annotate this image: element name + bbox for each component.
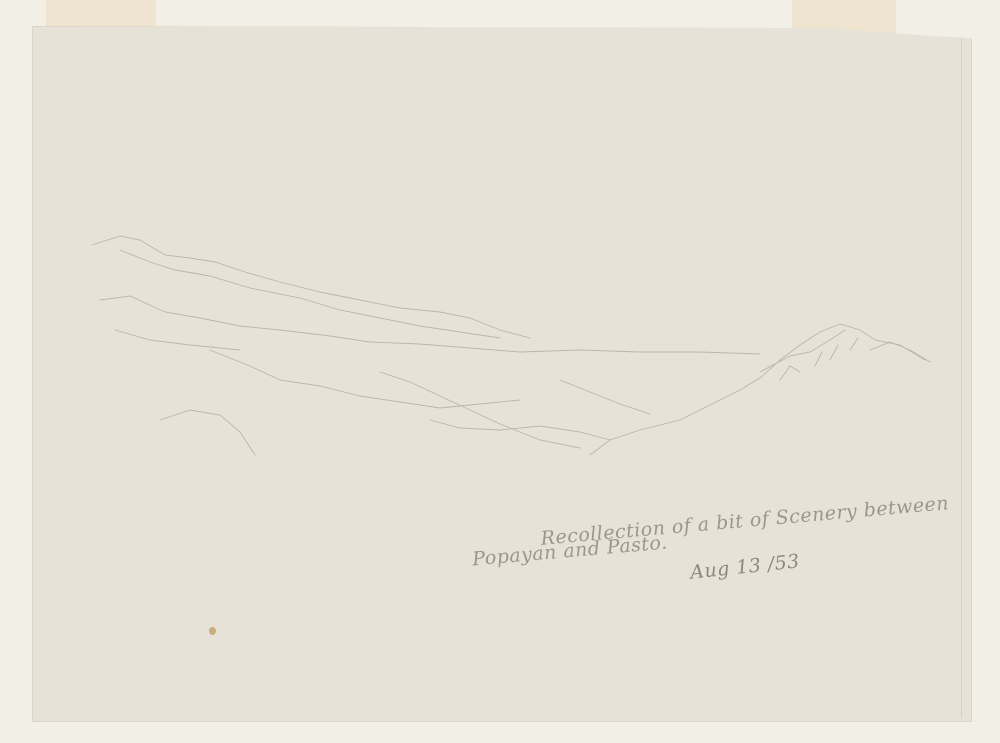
mountain-sketch [0, 0, 1000, 743]
foxing-stain [209, 627, 216, 635]
